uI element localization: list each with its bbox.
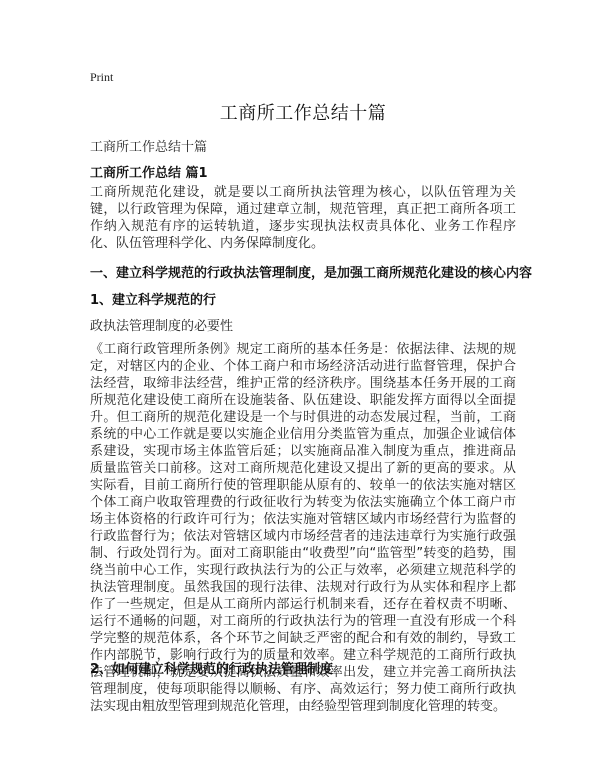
document-title: 工商所工作总结十篇 [90,99,516,125]
subheading-2: 2、如何建立科学规范的行政执法管理制度 [90,658,333,677]
subheading-1: 1、建立科学规范的行 [90,289,216,308]
print-link[interactable]: Print [90,70,113,85]
section-heading: 工商所工作总结 篇1 [90,162,208,181]
document-subtitle: 工商所工作总结十篇 [90,136,207,155]
subheading-1-continued: 政执法管理制度的必要性 [90,315,233,334]
heading-1: 一、建立科学规范的行政执法管理制度，是加强工商所规范化建设的核心内容 [90,262,532,281]
intro-paragraph: 工商所规范化建设，就是要以工商所执法管理为核心，以队伍管理为关键，以行政管理为保… [90,184,516,252]
